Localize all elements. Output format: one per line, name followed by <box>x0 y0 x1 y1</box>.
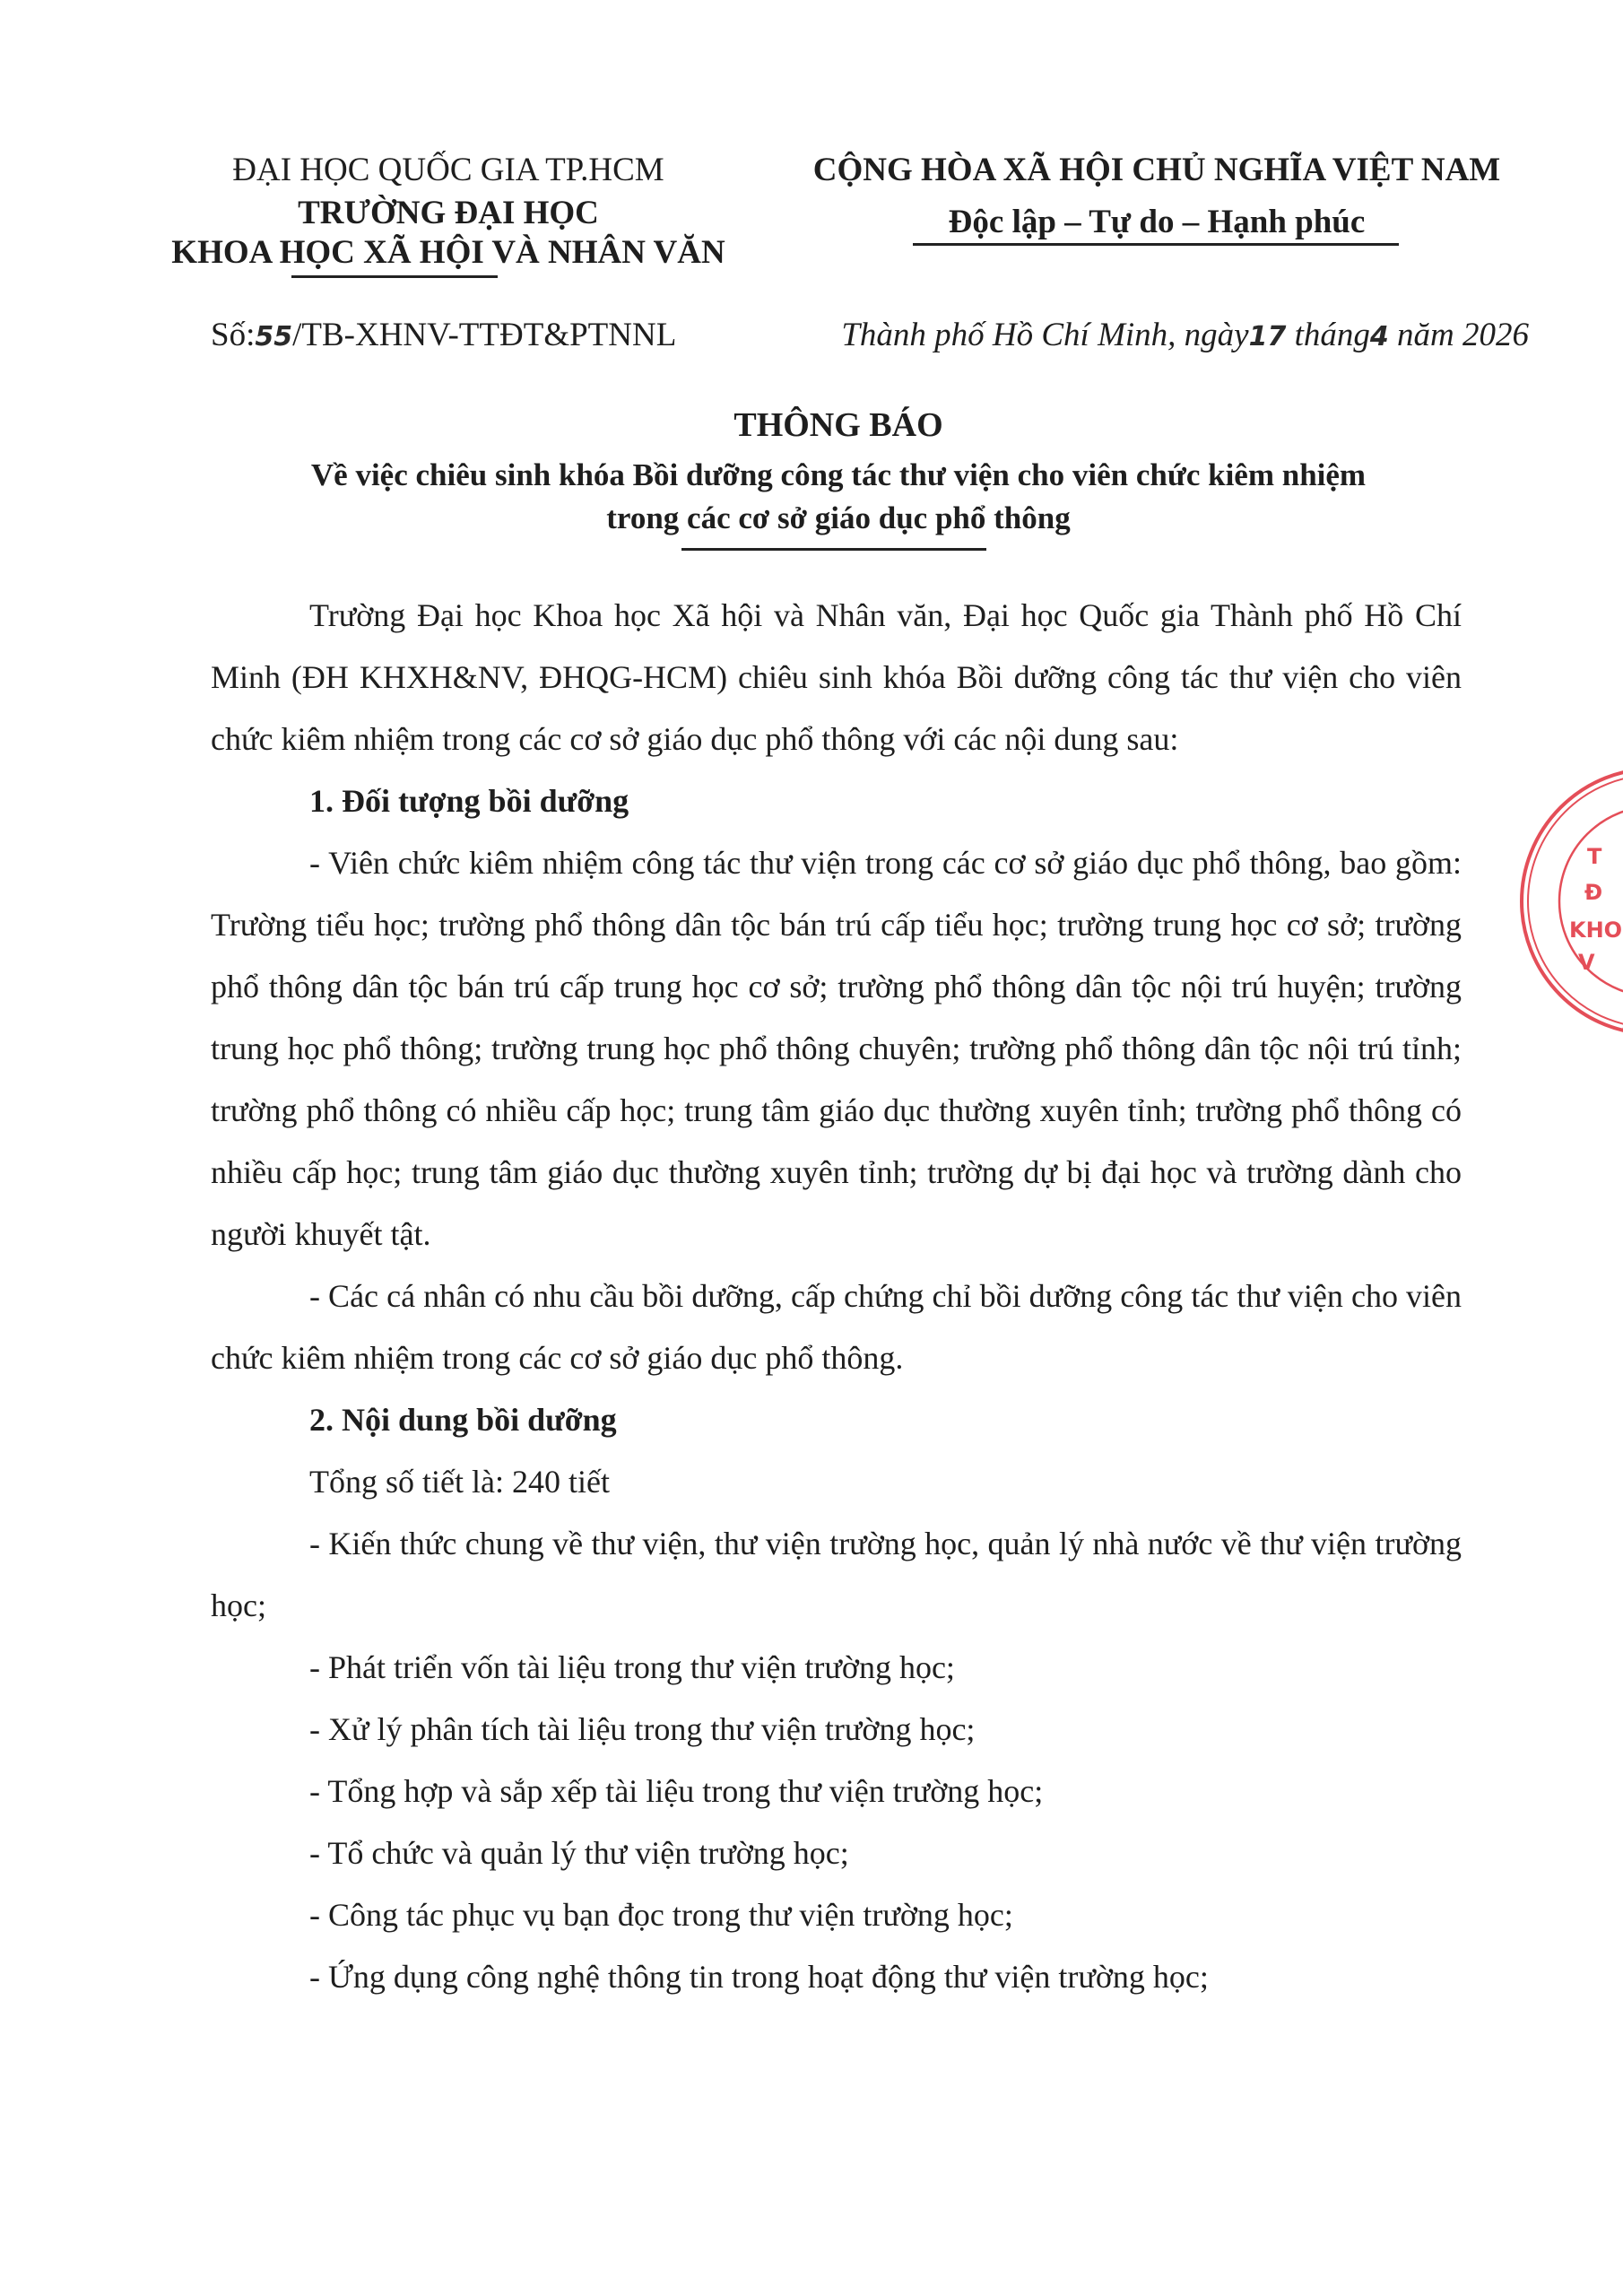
announcement-subject-line1: Về việc chiêu sinh khóa Bồi dưỡng công t… <box>143 454 1533 497</box>
official-seal-stamp: HỌC QUỐC GIA T T Đ KHO V <box>1520 767 1623 1036</box>
section-1-item: - Viên chức kiêm nhiệm công tác thư viện… <box>211 832 1462 1265</box>
seal-inner-fragment: V <box>1578 950 1595 975</box>
seal-inner-fragment: KHO <box>1569 918 1622 943</box>
doc-number-prefix: Số: <box>211 317 255 353</box>
date-month-label: tháng <box>1295 317 1370 353</box>
section-2-item: - Tổng hợp và sắp xếp tài liệu trong thư… <box>211 1761 1462 1822</box>
date-year: năm 2026 <box>1397 317 1529 353</box>
left-header-underline <box>291 275 498 278</box>
intro-paragraph: Trường Đại học Khoa học Xã hội và Nhân v… <box>211 585 1462 770</box>
announcement-title: THÔNG BÁO <box>143 404 1533 447</box>
announcement-title-block: THÔNG BÁO Về việc chiêu sinh khóa Bồi dư… <box>143 404 1533 540</box>
seal-inner-ring-1 <box>1528 775 1623 1028</box>
issuing-authority-header: ĐẠI HỌC QUỐC GIA TP.HCM TRƯỜNG ĐẠI HỌC K… <box>135 151 762 273</box>
document-number: Số:55/TB-XHNV-TTĐT&PTNNL <box>211 316 676 354</box>
seal-inner-fragment: Đ <box>1584 880 1602 905</box>
section-2-total-hours: Tổng số tiết là: 240 tiết <box>211 1451 1462 1513</box>
university-system-name: ĐẠI HỌC QUỐC GIA TP.HCM <box>135 151 762 190</box>
date-month-handwritten: 4 <box>1370 321 1389 352</box>
seal-outer-text: HỌC QUỐC GIA T <box>1619 873 1623 1036</box>
document-body: Trường Đại học Khoa học Xã hội và Nhân v… <box>211 585 1462 2008</box>
date-place: Thành phố Hồ Chí Minh, ngày <box>841 317 1248 353</box>
title-underline <box>681 548 986 551</box>
date-day-handwritten: 17 <box>1249 321 1287 352</box>
national-motto-header: CỘNG HÒA XÃ HỘI CHỦ NGHĨA VIỆT NAM Độc l… <box>771 151 1542 242</box>
announcement-subject-line2: trong các cơ sở giáo dục phổ thông <box>143 497 1533 540</box>
country-name: CỘNG HÒA XÃ HỘI CHỦ NGHĨA VIỆT NAM <box>771 151 1542 190</box>
section-1-item: - Các cá nhân có nhu cầu bồi dưỡng, cấp … <box>211 1265 1462 1389</box>
doc-number-handwritten: 55 <box>255 321 292 352</box>
school-name-line2: KHOA HỌC XÃ HỘI VÀ NHÂN VĂN <box>135 233 762 273</box>
right-header-underline <box>913 243 1399 246</box>
seal-outer-ring <box>1522 769 1623 1034</box>
section-2-item: - Xử lý phân tích tài liệu trong thư việ… <box>211 1699 1462 1761</box>
section-1-heading: 1. Đối tượng bồi dưỡng <box>211 770 1462 832</box>
school-name-line1: TRƯỜNG ĐẠI HỌC <box>135 194 762 233</box>
section-2-item: - Công tác phục vụ bạn đọc trong thư việ… <box>211 1884 1462 1946</box>
section-2-item: - Tổ chức và quản lý thư viện trường học… <box>211 1822 1462 1884</box>
doc-number-suffix: /TB-XHNV-TTĐT&PTNNL <box>292 317 676 353</box>
national-motto: Độc lập – Tự do – Hạnh phúc <box>771 203 1542 242</box>
section-2-item: - Kiến thức chung về thư viện, thư viện … <box>211 1513 1462 1637</box>
section-2-item: - Ứng dụng công nghệ thông tin trong hoạ… <box>211 1946 1462 2008</box>
section-2-item: - Phát triển vốn tài liệu trong thư viện… <box>211 1637 1462 1699</box>
seal-inner-fragment: T <box>1587 844 1602 869</box>
section-2-heading: 2. Nội dung bồi dưỡng <box>211 1389 1462 1451</box>
document-date: Thành phố Hồ Chí Minh, ngày17 tháng4 năm… <box>841 316 1529 354</box>
